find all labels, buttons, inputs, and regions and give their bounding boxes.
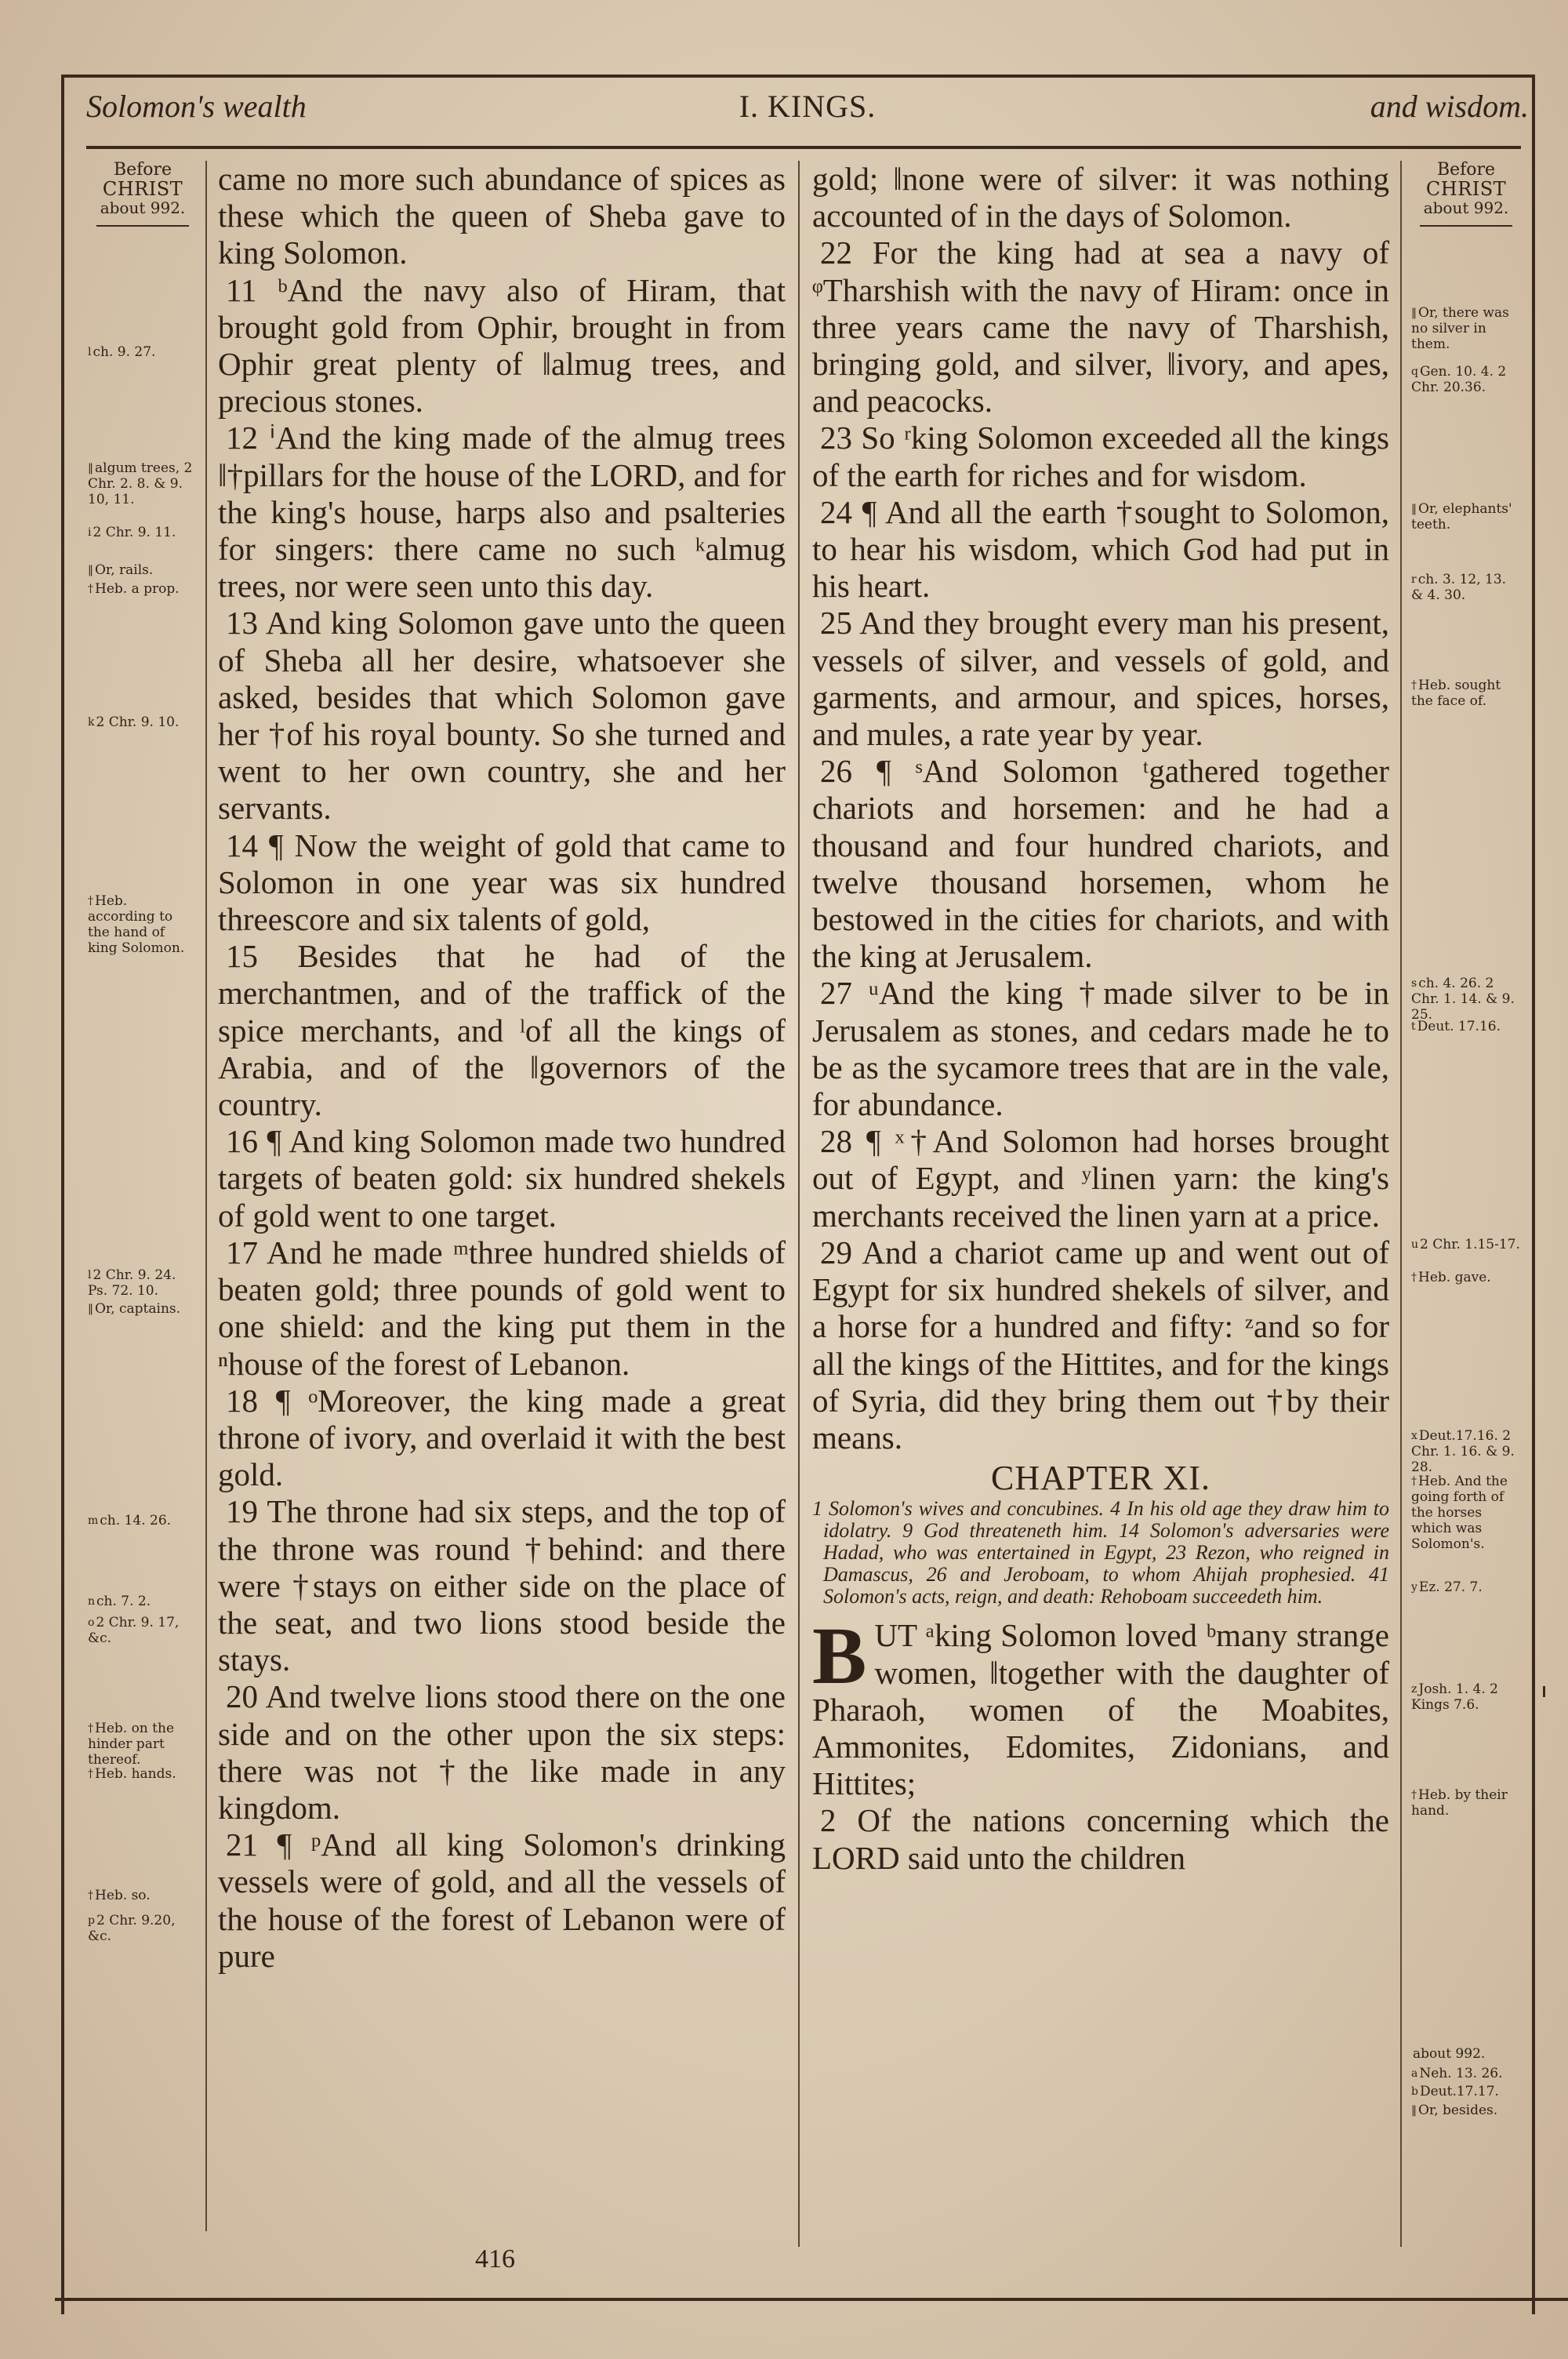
reference-text: Heb. according to the hand of king Solom… bbox=[88, 893, 184, 956]
verse: 26 ¶ ˢAnd Solomon ᵗgathered together cha… bbox=[812, 753, 1389, 975]
verse-number: 12 bbox=[226, 420, 258, 456]
cross-reference-note: zJosh. 1. 4. 2 Kings 7.6. bbox=[1411, 1681, 1521, 1713]
reference-mark: t bbox=[1411, 1020, 1416, 1033]
reference-text: ch. 4. 26. 2 Chr. 1. 14. & 9. 25. bbox=[1411, 976, 1515, 1023]
verse-number: 11 bbox=[226, 272, 256, 308]
cross-reference-note: †Heb. so. bbox=[88, 1888, 198, 1903]
verse: 23 So ʳking Solomon exceeded all the kin… bbox=[812, 420, 1389, 493]
chapter-verse-2: Of the nations concerning which the LORD… bbox=[812, 1802, 1389, 1875]
reference-text: 2 Chr. 9. 10. bbox=[96, 714, 179, 730]
chapter-heading: CHAPTER XI. bbox=[812, 1459, 1389, 1496]
verse: 14 ¶ Now the weight of gold that came to… bbox=[218, 827, 786, 939]
cross-reference-note: ‖Or, elephants' teeth. bbox=[1411, 501, 1521, 533]
reference-text: ch. 7. 2. bbox=[96, 1594, 151, 1609]
verse-number: 18 ¶ bbox=[226, 1383, 291, 1419]
cross-reference-note: i2 Chr. 9. 11. bbox=[88, 525, 198, 540]
cross-reference-note: †Heb. by their hand. bbox=[1411, 1787, 1521, 1819]
reference-mark: † bbox=[88, 895, 93, 907]
reference-mark: q bbox=[1411, 365, 1418, 378]
verse-text: And king Solomon made two hundred target… bbox=[218, 1123, 786, 1233]
reference-text: Ez. 27. 7. bbox=[1419, 1579, 1483, 1595]
reference-text: Or, besides. bbox=[1418, 2103, 1497, 2118]
date-rule bbox=[1420, 225, 1512, 227]
reference-mark: n bbox=[88, 1595, 95, 1608]
verse-number: 16 ¶ bbox=[226, 1123, 281, 1159]
date-christ: CHRIST bbox=[1411, 180, 1521, 198]
cross-reference-note: aNeh. 13. 26. bbox=[1411, 2066, 1521, 2081]
reference-mark: † bbox=[1411, 1475, 1417, 1488]
reference-text: Heb. so. bbox=[95, 1888, 151, 1903]
verse-text: ᵘAnd the king †made silver to be in Jeru… bbox=[812, 975, 1389, 1122]
verse-text: And he made ᵐthree hundred shields of be… bbox=[218, 1234, 786, 1382]
reference-mark: † bbox=[88, 1768, 93, 1780]
page-edge-mark bbox=[1543, 1686, 1545, 1697]
reference-text: Heb. sought the face of. bbox=[1411, 678, 1501, 709]
reference-text: 2 Chr. 1.15-17. bbox=[1420, 1237, 1520, 1252]
reference-text: Deut.17.16. 2 Chr. 1. 16. & 9. 28. bbox=[1411, 1428, 1515, 1475]
verse-text: And king Solomon gave unto the queen of … bbox=[218, 605, 786, 826]
cross-reference-note: ‖Or, besides. bbox=[1411, 2103, 1521, 2118]
cross-reference-note: o2 Chr. 9. 17, &c. bbox=[88, 1615, 198, 1646]
date-before: Before bbox=[1411, 161, 1521, 180]
reference-mark: o bbox=[88, 1616, 94, 1629]
reference-text: Heb. on the hinder part thereof. bbox=[88, 1721, 174, 1768]
reference-text: Neh. 13. 26. bbox=[1419, 2066, 1502, 2081]
reference-mark: r bbox=[1411, 573, 1417, 586]
reference-mark: z bbox=[1411, 1683, 1417, 1696]
date-before: Before bbox=[88, 161, 198, 180]
verse: 13 And king Solomon gave unto the queen … bbox=[218, 605, 786, 827]
verse: 11 ᵇAnd the navy also of Hiram, that bro… bbox=[218, 272, 786, 420]
reference-text: Heb. gave. bbox=[1418, 1270, 1491, 1285]
verse-text: And a chariot came up and went out of Eg… bbox=[812, 1234, 1389, 1456]
verse-number: 25 bbox=[820, 605, 852, 641]
reference-text: about 992. bbox=[1413, 2046, 1485, 2062]
text-column-right: gold; ‖none were of silver: it was nothi… bbox=[812, 161, 1389, 1877]
left-margin-references: Before CHRIST about 992. lch. 9. 27.‖alg… bbox=[88, 161, 198, 227]
reference-text: Heb. hands. bbox=[95, 1766, 176, 1782]
running-head: Solomon's wealth I. KINGS. and wisdom. bbox=[86, 88, 1529, 135]
verse-number: 27 bbox=[820, 975, 852, 1011]
verse-number: 26 ¶ bbox=[820, 753, 891, 789]
verse: 17 And he made ᵐthree hundred shields of… bbox=[218, 1234, 786, 1383]
verse-text: So ʳking Solomon exceeded all the kings … bbox=[812, 420, 1389, 493]
verse-text: Besides that he had of the merchantmen, … bbox=[218, 938, 786, 1122]
cross-reference-note: about 992. bbox=[1411, 2046, 1521, 2062]
reference-text: Or, there was no silver in them. bbox=[1411, 305, 1509, 352]
reference-text: Or, captains. bbox=[95, 1301, 180, 1317]
reference-text: 2 Chr. 9. 17, &c. bbox=[88, 1615, 179, 1646]
verse-number: 14 ¶ bbox=[226, 827, 284, 863]
cross-reference-note: lch. 9. 27. bbox=[88, 344, 198, 360]
cross-reference-note: l2 Chr. 9. 24. Ps. 72. 10. bbox=[88, 1267, 198, 1299]
reference-mark: a bbox=[1411, 2067, 1417, 2080]
cross-reference-note: nch. 7. 2. bbox=[88, 1594, 198, 1609]
reference-mark: x bbox=[1411, 1430, 1417, 1442]
page-number: 416 bbox=[475, 2245, 515, 2274]
verse-text: ⁱAnd the king made of the almug trees ‖†… bbox=[218, 420, 786, 604]
reference-mark: s bbox=[1411, 977, 1417, 990]
verse-number: 28 ¶ bbox=[820, 1123, 881, 1159]
reference-mark: † bbox=[88, 583, 93, 595]
reference-mark: † bbox=[88, 1889, 93, 1902]
reference-text: Heb. by their hand. bbox=[1411, 1787, 1508, 1819]
reference-text: 2 Chr. 9. 24. Ps. 72. 10. bbox=[88, 1267, 176, 1299]
column-divider-right bbox=[1400, 161, 1402, 2247]
verse-number: 19 bbox=[226, 1493, 258, 1529]
cross-reference-note: ‖Or, rails. bbox=[88, 562, 198, 578]
cross-reference-note: u2 Chr. 1.15-17. bbox=[1411, 1237, 1521, 1252]
chapter-verse-1: UT ᵃking Solomon loved ᵇmany strange wom… bbox=[812, 1617, 1389, 1801]
cross-reference-note: mch. 14. 26. bbox=[88, 1513, 198, 1528]
date-christ: CHRIST bbox=[88, 180, 198, 198]
date-rule bbox=[96, 225, 189, 227]
verse-text: And all the earth †sought to Solomon, to… bbox=[812, 494, 1389, 604]
verse: 16 ¶ And king Solomon made two hundred t… bbox=[218, 1123, 786, 1234]
verse: 19 The throne had six steps, and the top… bbox=[218, 1493, 786, 1678]
text-column-left: came no more such abundance of spices as… bbox=[218, 161, 786, 1975]
reference-text: ch. 14. 26. bbox=[100, 1513, 171, 1528]
reference-mark: ‖ bbox=[1411, 307, 1417, 319]
reference-mark: † bbox=[1411, 1271, 1417, 1284]
verse-text: ᵖAnd all king Solomon's drinking vessels… bbox=[218, 1826, 786, 1974]
column-divider-center bbox=[798, 161, 800, 2247]
cross-reference-note: ‖Or, there was no silver in them. bbox=[1411, 305, 1521, 352]
reference-mark: † bbox=[88, 1722, 93, 1735]
verse-continuation: gold; ‖none were of silver: it was nothi… bbox=[812, 161, 1389, 234]
date-about: about 992. bbox=[1411, 198, 1521, 217]
reference-mark: l bbox=[88, 1269, 91, 1281]
verse-continuation: came no more such abundance of spices as… bbox=[218, 161, 786, 272]
reference-text: ch. 9. 27. bbox=[93, 344, 155, 360]
reference-text: Or, elephants' teeth. bbox=[1411, 501, 1512, 533]
reference-mark: † bbox=[1411, 1789, 1417, 1801]
cross-reference-note: xDeut.17.16. 2 Chr. 1. 16. & 9. 28. bbox=[1411, 1428, 1521, 1475]
reference-text: ch. 3. 12, 13. & 4. 30. bbox=[1411, 572, 1506, 603]
reference-mark: ‖ bbox=[88, 1303, 93, 1315]
cross-reference-note: bDeut.17.17. bbox=[1411, 2084, 1521, 2099]
reference-mark: y bbox=[1411, 1581, 1417, 1594]
cross-reference-note: †Heb. a prop. bbox=[88, 581, 198, 597]
verse-text: For the king had at sea a navy of ᵠThars… bbox=[812, 234, 1389, 419]
footer-rule bbox=[55, 2298, 1568, 2301]
reference-mark: k bbox=[88, 716, 94, 729]
drop-cap: B bbox=[812, 1622, 866, 1691]
reference-text: Deut. 17.16. bbox=[1417, 1019, 1501, 1034]
reference-mark: p bbox=[88, 1914, 95, 1927]
reference-mark: i bbox=[88, 526, 91, 539]
reference-text: Heb. a prop. bbox=[95, 581, 180, 597]
verse: 21 ¶ ᵖAnd all king Solomon's drinking ve… bbox=[218, 1826, 786, 1975]
verse: 27 ᵘAnd the king †made silver to be in J… bbox=[812, 975, 1389, 1123]
reference-mark: b bbox=[1411, 2085, 1418, 2098]
reference-text: Josh. 1. 4. 2 Kings 7.6. bbox=[1411, 1681, 1498, 1713]
reference-mark: ‖ bbox=[88, 462, 93, 474]
cross-reference-note: †Heb. And the going forth of the horses … bbox=[1411, 1474, 1521, 1552]
reference-text: Heb. And the going forth of the horses w… bbox=[1411, 1474, 1508, 1552]
verse-text: ˣ†And Solomon had horses brought out of … bbox=[812, 1123, 1389, 1233]
cross-reference-note: yEz. 27. 7. bbox=[1411, 1579, 1521, 1595]
verse-number: 21 ¶ bbox=[226, 1826, 292, 1863]
cross-reference-note: †Heb. gave. bbox=[1411, 1270, 1521, 1285]
verse-number: 17 bbox=[226, 1234, 258, 1270]
cross-reference-note: †Heb. sought the face of. bbox=[1411, 678, 1521, 709]
reference-text: 2 Chr. 9. 11. bbox=[93, 525, 176, 540]
cross-reference-note: rch. 3. 12, 13. & 4. 30. bbox=[1411, 572, 1521, 603]
verse-number: 13 bbox=[226, 605, 258, 641]
verse-text: ᵇAnd the navy also of Hiram, that brough… bbox=[218, 272, 786, 420]
verse-number: 22 bbox=[820, 234, 852, 271]
reference-text: Gen. 10. 4. 2 Chr. 20.36. bbox=[1411, 364, 1506, 395]
running-head-right: and wisdom. bbox=[1370, 88, 1529, 125]
reference-text: algum trees, 2 Chr. 2. 8. & 9. 10, 11. bbox=[88, 460, 192, 507]
reference-mark: m bbox=[88, 1514, 98, 1527]
right-margin-references: Before CHRIST about 992. ‖Or, there was … bbox=[1411, 161, 1521, 227]
reference-mark: ‖ bbox=[1411, 503, 1417, 515]
verse-number: 23 bbox=[820, 420, 852, 456]
cross-reference-note: sch. 4. 26. 2 Chr. 1. 14. & 9. 25. bbox=[1411, 976, 1521, 1023]
reference-text: Or, rails. bbox=[95, 562, 153, 578]
verse: 12 ⁱAnd the king made of the almug trees… bbox=[218, 420, 786, 605]
reference-text: Deut.17.17. bbox=[1420, 2084, 1499, 2099]
verse: 24 ¶ And all the earth †sought to Solomo… bbox=[812, 494, 1389, 605]
reference-text: 2 Chr. 9.20, &c. bbox=[88, 1913, 175, 1944]
verse-number: 2 bbox=[820, 1802, 837, 1838]
cross-reference-note: †Heb. on the hinder part thereof. bbox=[88, 1721, 198, 1768]
date-about: about 992. bbox=[88, 198, 198, 217]
verse: 22 For the king had at sea a navy of ᵠTh… bbox=[812, 234, 1389, 420]
verse: 28 ¶ ˣ†And Solomon had horses brought ou… bbox=[812, 1123, 1389, 1234]
verse: 29 And a chariot came up and went out of… bbox=[812, 1234, 1389, 1456]
cross-reference-note: †Heb. hands. bbox=[88, 1766, 198, 1782]
cross-reference-note: qGen. 10. 4. 2 Chr. 20.36. bbox=[1411, 364, 1521, 395]
cross-reference-note: †Heb. according to the hand of king Solo… bbox=[88, 893, 198, 956]
verse-number: 20 bbox=[226, 1678, 258, 1714]
cross-reference-note: tDeut. 17.16. bbox=[1411, 1019, 1521, 1034]
reference-mark: ‖ bbox=[1411, 2104, 1417, 2117]
chapter-summary: 1 Solomon's wives and concubines. 4 In h… bbox=[812, 1498, 1389, 1608]
verse: 18 ¶ ᵒMoreover, the king made a great th… bbox=[218, 1383, 786, 1494]
cross-reference-note: ‖Or, captains. bbox=[88, 1301, 198, 1317]
verse: 20 And twelve lions stood there on the o… bbox=[218, 1678, 786, 1826]
verse-text: Now the weight of gold that came to Solo… bbox=[218, 827, 786, 937]
verse: 25 And they brought every man his presen… bbox=[812, 605, 1389, 753]
verse-text: And twelve lions stood there on the one … bbox=[218, 1678, 786, 1826]
verse-number: 29 bbox=[820, 1234, 852, 1270]
column-divider-left bbox=[205, 161, 207, 2231]
verse-text: ˢAnd Solomon ᵗgathered together chariots… bbox=[812, 753, 1389, 974]
reference-mark: ‖ bbox=[88, 564, 93, 576]
cross-reference-note: p2 Chr. 9.20, &c. bbox=[88, 1913, 198, 1944]
verse-text: The throne had six steps, and the top of… bbox=[218, 1493, 786, 1677]
bible-page: Solomon's wealth I. KINGS. and wisdom. B… bbox=[0, 0, 1568, 2359]
date-header-left: Before CHRIST about 992. bbox=[88, 161, 198, 227]
cross-reference-note: k2 Chr. 9. 10. bbox=[88, 714, 198, 730]
date-header-right: Before CHRIST about 992. bbox=[1411, 161, 1521, 227]
reference-mark: l bbox=[88, 346, 91, 358]
verse: 15 Besides that he had of the merchantme… bbox=[218, 938, 786, 1123]
reference-mark: u bbox=[1411, 1238, 1418, 1251]
verse-text: And they brought every man his present, … bbox=[812, 605, 1389, 752]
verse-text: ᵒMoreover, the king made a great throne … bbox=[218, 1383, 786, 1492]
reference-mark: † bbox=[1411, 679, 1417, 692]
verse-number: 15 bbox=[226, 938, 258, 974]
cross-reference-note: ‖algum trees, 2 Chr. 2. 8. & 9. 10, 11. bbox=[88, 460, 198, 507]
book-title: I. KINGS. bbox=[86, 88, 1529, 125]
header-divider bbox=[86, 146, 1521, 149]
verse-number: 24 ¶ bbox=[820, 494, 877, 530]
